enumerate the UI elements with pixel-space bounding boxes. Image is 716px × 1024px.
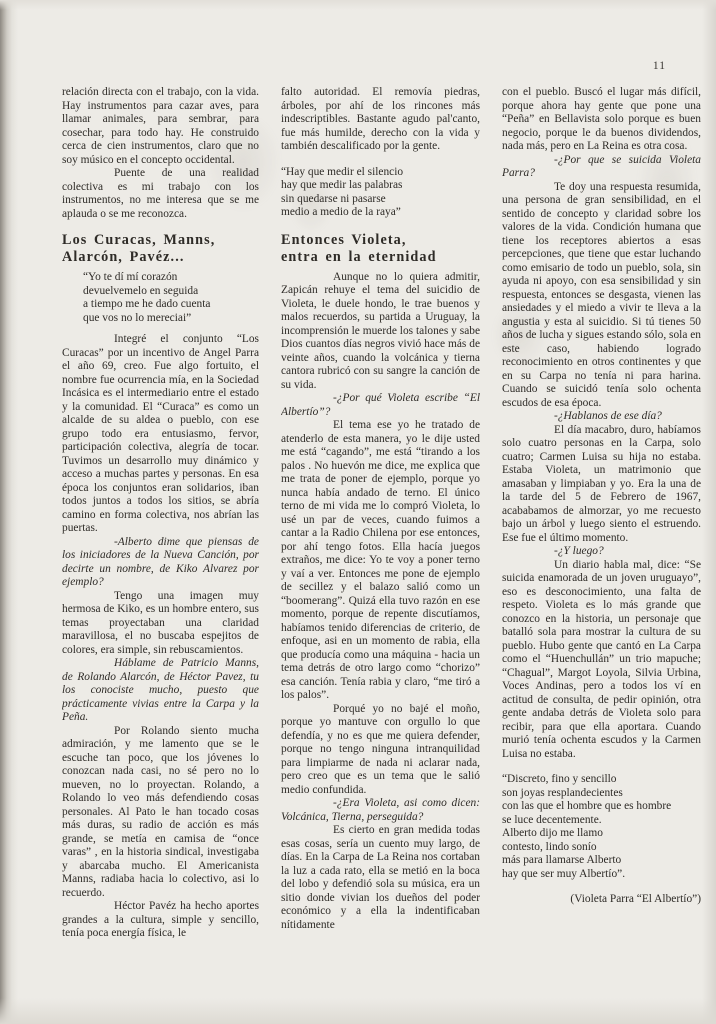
scan-edge-right bbox=[702, 0, 716, 1024]
paragraph: Aunque no lo quiera admitir, Zapicán reh… bbox=[281, 271, 480, 393]
page-number: 11 bbox=[653, 60, 666, 72]
column-3: con el pueblo. Buscó el lugar más difíci… bbox=[502, 86, 701, 1016]
paragraph: Un diario habla mal, dice: “Se suicida e… bbox=[502, 559, 701, 762]
interview-question: -¿Por qué Violeta escribe “El Albertío”? bbox=[281, 392, 480, 419]
paragraph: Por Rolando siento mucha admiración, y m… bbox=[62, 725, 259, 901]
article-columns: relación directa con el trabajo, con la … bbox=[62, 86, 701, 1016]
paragraph: Héctor Pavéz ha hecho aportes grandes a … bbox=[62, 900, 259, 941]
interview-question: -¿Y luego? bbox=[502, 545, 701, 559]
interview-question: -¿Era Violeta, asi como dicen: Volcánica… bbox=[281, 797, 480, 824]
column-2: falto autoridad. El removía piedras, árb… bbox=[281, 86, 480, 1016]
paragraph: Tengo una imagen muy hermosa de Kiko, es… bbox=[62, 590, 259, 658]
scan-edge-left bbox=[0, 0, 18, 1024]
scan-edge-top bbox=[0, 0, 716, 10]
interview-question: -Alberto dime que piensas de los iniciad… bbox=[62, 536, 259, 590]
paragraph: Porqué yo no bajé el moño, porque yo man… bbox=[281, 703, 480, 798]
paragraph: Puente de una realidad colectiva es mi t… bbox=[62, 167, 259, 221]
section-heading: Entonces Violeta, entra en la eternidad bbox=[281, 232, 480, 266]
paragraph: El tema ese yo he tratado de atenderlo d… bbox=[281, 419, 480, 703]
interview-question: Háblame de Patricio Manns, de Rolando Al… bbox=[62, 657, 259, 725]
paragraph: Te doy una respuesta resumida, una perso… bbox=[502, 181, 701, 411]
interview-question: -¿Hablanos de ese día? bbox=[502, 410, 701, 424]
column-1: relación directa con el trabajo, con la … bbox=[62, 86, 259, 1016]
verse-quote: “Yo te dí mí corazón devuelvemelo en seg… bbox=[83, 271, 259, 325]
scanned-magazine-page: 11 relación directa con el trabajo, con … bbox=[0, 0, 716, 1024]
verse-quote: “Hay que medir el silencio hay que medir… bbox=[281, 166, 480, 220]
paragraph-continuation: con el pueblo. Buscó el lugar más difíci… bbox=[502, 86, 701, 154]
paragraph: Integré el conjunto “Los Curacas” por un… bbox=[62, 333, 259, 536]
interview-question: -¿Por que se suicida Violeta Parra? bbox=[502, 154, 701, 181]
paragraph-continuation: falto autoridad. El removía piedras, árb… bbox=[281, 86, 480, 154]
paragraph: Es cierto en gran medida todas esas cosa… bbox=[281, 824, 480, 932]
paragraph: El día macabro, duro, habíamos solo cuat… bbox=[502, 424, 701, 546]
verse-quote: “Discreto, fino y sencillo son joyas res… bbox=[502, 773, 701, 881]
section-heading: Los Curacas, Manns, Alarcón, Pavéz... bbox=[62, 232, 259, 266]
quote-attribution: (Violeta Parra “El Albertío”) bbox=[502, 893, 701, 907]
paragraph-continuation: relación directa con el trabajo, con la … bbox=[62, 86, 259, 167]
